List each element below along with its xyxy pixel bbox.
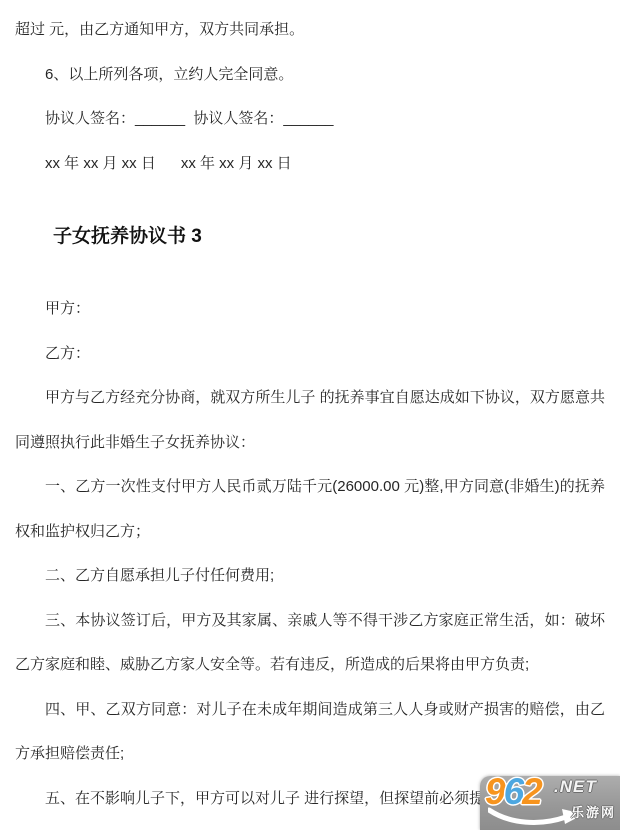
paragraph-signature-line: 协议人签名：______ 协议人签名：______	[15, 97, 605, 142]
paragraph-preamble: 甲方与乙方经充分协商，就双方所生儿子 的抚养事宜自愿达成如下协议，双方愿意共同遵…	[15, 376, 605, 465]
watermark-net-label: .NET	[554, 777, 597, 797]
watermark-badge: 962 .NET 乐游网	[480, 776, 620, 830]
watermark-digit-6: 6	[504, 771, 523, 812]
document-body: 超过 元，由乙方通知甲方，双方共同承担。 6、以上所列各项，立约人完全同意。 协…	[0, 0, 620, 821]
paragraph-date-line: xx 年 xx 月 xx 日 xx 年 xx 月 xx 日	[15, 142, 605, 187]
watermark-site-name: 乐游网	[571, 802, 616, 821]
paragraph-clause-4: 四、甲、乙双方同意：对儿子在未成年期间造成第三人人身或财产损害的赔偿，由乙方承担…	[15, 688, 605, 777]
paragraph-party-a: 甲方：	[15, 287, 605, 332]
watermark-962-logo: 962	[485, 772, 541, 812]
paragraph-clause-3: 三、本协议签订后，甲方及其家属、亲戚人等不得干涉乙方家庭正常生活，如：破坏乙方家…	[15, 599, 605, 688]
paragraph-clause-2: 二、乙方自愿承担儿子付任何费用;	[15, 554, 605, 599]
paragraph-continuation: 超过 元，由乙方通知甲方，双方共同承担。	[15, 8, 605, 53]
paragraph-party-b: 乙方：	[15, 332, 605, 377]
page-root: { "page": { "background": "#ffffff", "te…	[0, 0, 620, 830]
paragraph-clause-1: 一、乙方一次性支付甲方人民币贰万陆千元(26000.00 元)整,甲方同意(非婚…	[15, 465, 605, 554]
paragraph-item-6: 6、以上所列各项，立约人完全同意。	[15, 53, 605, 98]
document-title: 子女抚养协议书 3	[15, 217, 605, 257]
watermark-digit-9: 9	[485, 771, 504, 812]
watermark-digit-2: 2	[522, 771, 541, 812]
